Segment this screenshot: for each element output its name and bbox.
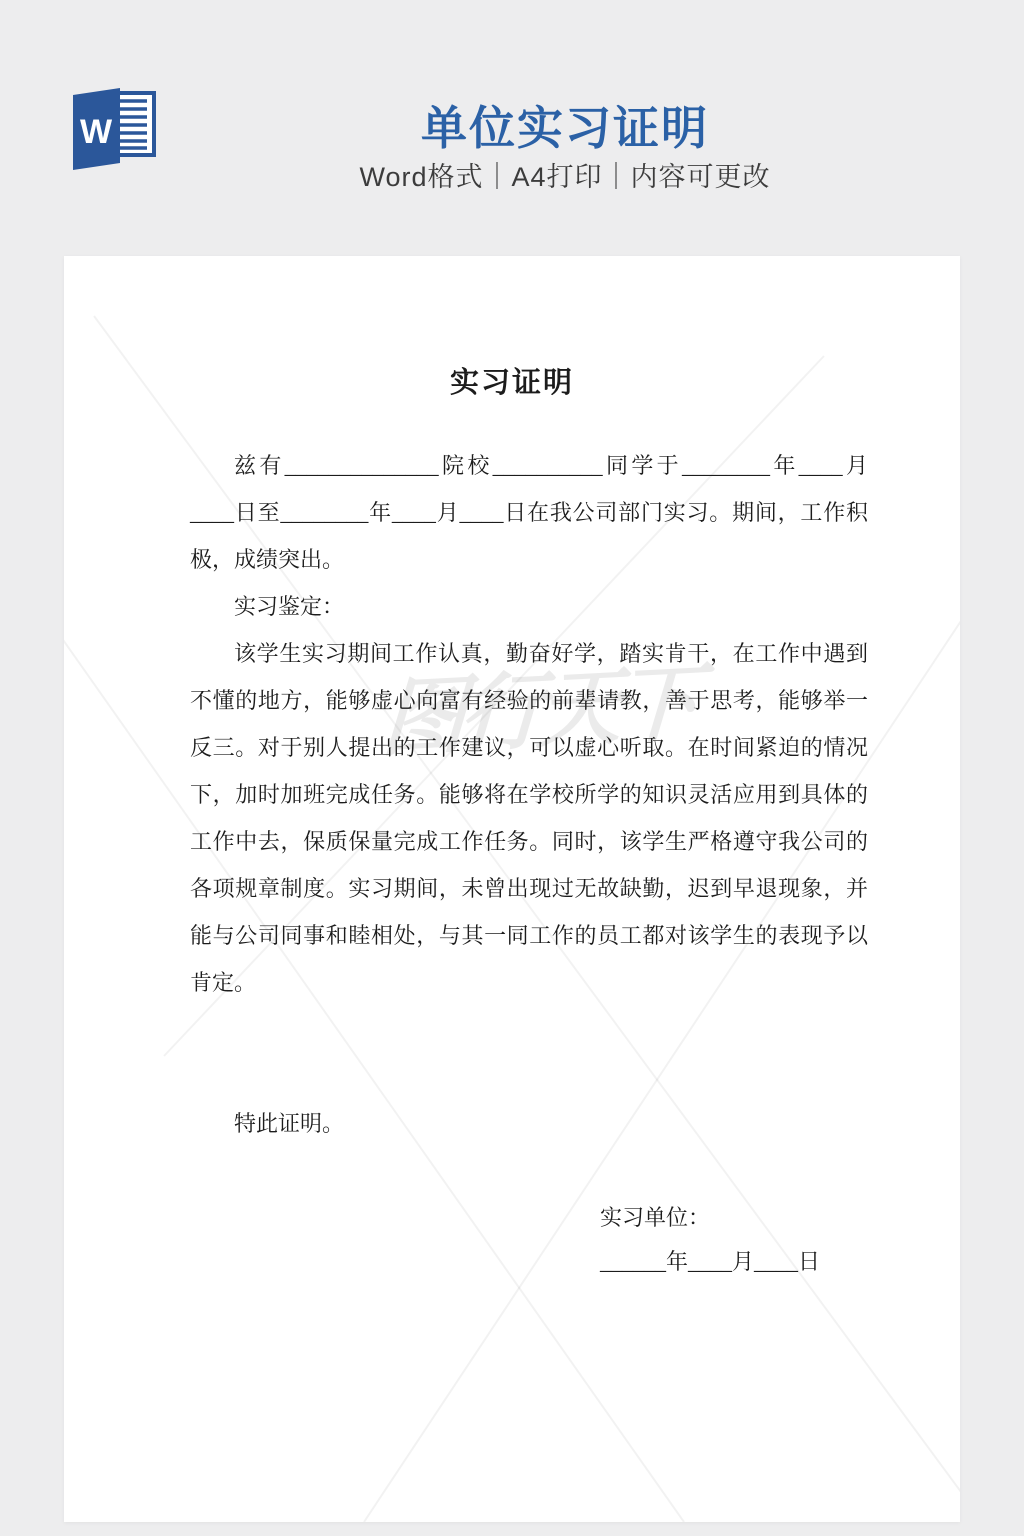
document-title: 实习证明 bbox=[64, 360, 960, 401]
paragraph-appraisal: 该学生实习期间工作认真，勤奋好学，踏实肯干，在工作中遇到不懂的地方，能够虚心向富… bbox=[190, 630, 868, 1006]
header-subtitle: Word格式｜A4打印｜内容可更改 bbox=[106, 155, 1024, 194]
signature-unit-label: 实习单位： bbox=[600, 1196, 820, 1240]
header: W 单位实习证明 Word格式｜A4打印｜内容可更改 bbox=[0, 0, 1024, 256]
paragraph-intro: 兹有______________院校__________同学于________年… bbox=[190, 442, 868, 583]
template-preview-page: { "colors": { "background": "#ededee", "… bbox=[0, 0, 1024, 1536]
header-title: 单位实习证明 bbox=[106, 92, 1024, 158]
signature-block: 实习单位： ______年____月____日 bbox=[600, 1196, 820, 1284]
paragraph-appraisal-label: 实习鉴定： bbox=[190, 583, 868, 630]
signature-date-line: ______年____月____日 bbox=[600, 1240, 820, 1284]
document-body: 兹有______________院校__________同学于________年… bbox=[190, 442, 868, 1147]
paragraph-closing: 特此证明。 bbox=[190, 1100, 868, 1147]
document-page: 图行天下 实习证明 兹有______________院校__________同学… bbox=[64, 256, 960, 1522]
